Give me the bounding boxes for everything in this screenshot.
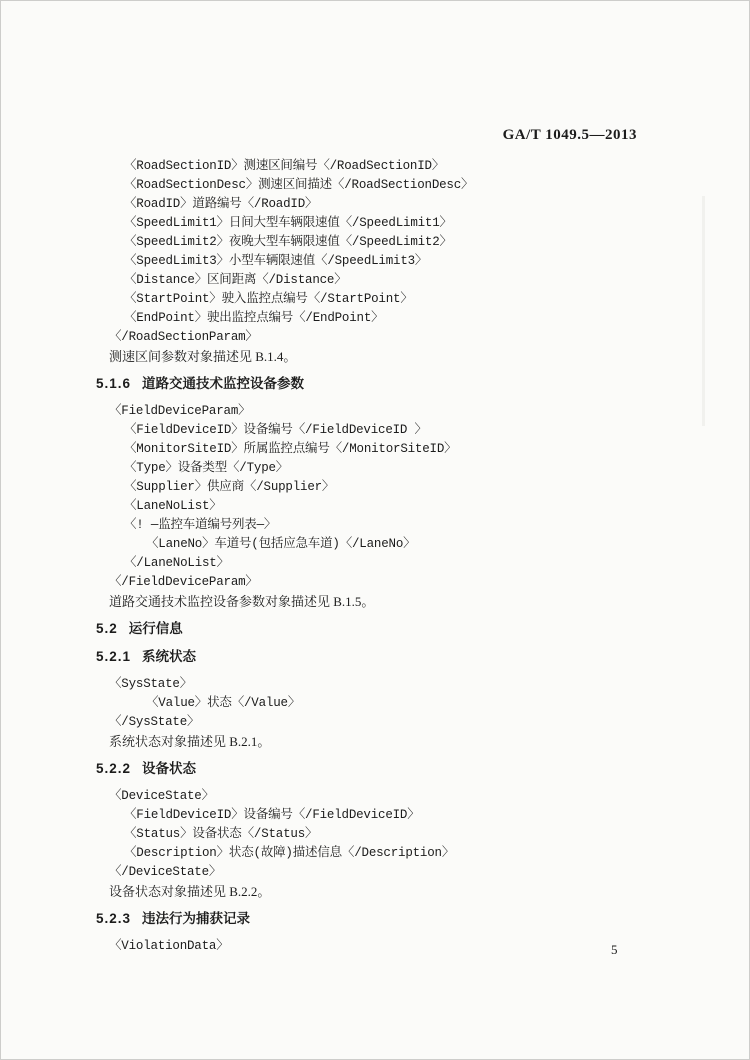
section-title: 运行信息 xyxy=(129,621,183,636)
xml-line: 〈LaneNoList〉 xyxy=(1,497,749,516)
xml-line: 〈/RoadSectionParam〉 xyxy=(1,328,749,347)
xml-line: 〈/FieldDeviceParam〉 xyxy=(1,573,749,592)
paragraph: 道路交通技术监控设备参数对象描述见 B.1.5。 xyxy=(1,592,749,611)
xml-line: 〈/DeviceState〉 xyxy=(1,863,749,882)
section-heading: 5.2运行信息 xyxy=(1,619,749,638)
section-number: 5.2 xyxy=(96,621,118,636)
page-number: 5 xyxy=(611,942,618,958)
paragraph: 系统状态对象描述见 B.2.1。 xyxy=(1,732,749,751)
xml-line: 〈RoadSectionID〉测速区间编号〈/RoadSectionID〉 xyxy=(1,157,749,176)
section-title: 道路交通技术监控设备参数 xyxy=(142,376,304,391)
xml-line: 〈SysState〉 xyxy=(1,675,749,694)
section-number: 5.2.3 xyxy=(96,911,131,926)
section-heading: 5.2.3违法行为捕获记录 xyxy=(1,909,749,928)
xml-line: 〈MonitorSiteID〉所属监控点编号〈/MonitorSiteID〉 xyxy=(1,440,749,459)
xml-line: 〈LaneNo〉车道号(包括应急车道)〈/LaneNo〉 xyxy=(1,535,749,554)
xml-line: 〈/LaneNoList〉 xyxy=(1,554,749,573)
section-number: 5.2.1 xyxy=(96,649,131,664)
document-body: 〈RoadSectionID〉测速区间编号〈/RoadSectionID〉〈Ro… xyxy=(1,157,749,956)
paragraph: 测速区间参数对象描述见 B.1.4。 xyxy=(1,347,749,366)
xml-line: 〈SpeedLimit1〉日间大型车辆限速值〈/SpeedLimit1〉 xyxy=(1,214,749,233)
xml-line: 〈Type〉设备类型〈/Type〉 xyxy=(1,459,749,478)
section-heading: 5.2.2设备状态 xyxy=(1,759,749,778)
xml-line: 〈StartPoint〉驶入监控点编号〈/StartPoint〉 xyxy=(1,290,749,309)
xml-line: 〈Supplier〉供应商〈/Supplier〉 xyxy=(1,478,749,497)
section-title: 系统状态 xyxy=(142,649,196,664)
xml-line: 〈FieldDeviceID〉设备编号〈/FieldDeviceID 〉 xyxy=(1,421,749,440)
section-title: 违法行为捕获记录 xyxy=(142,911,250,926)
paragraph: 设备状态对象描述见 B.2.2。 xyxy=(1,882,749,901)
xml-line: 〈EndPoint〉驶出监控点编号〈/EndPoint〉 xyxy=(1,309,749,328)
xml-line: 〈DeviceState〉 xyxy=(1,787,749,806)
standard-number: GA/T 1049.5—2013 xyxy=(1,127,637,144)
xml-line: 〈! —监控车道编号列表—〉 xyxy=(1,516,749,535)
xml-line: 〈SpeedLimit3〉小型车辆限速值〈/SpeedLimit3〉 xyxy=(1,252,749,271)
section-number: 5.2.2 xyxy=(96,761,131,776)
xml-line: 〈RoadSectionDesc〉测速区间描述〈/RoadSectionDesc… xyxy=(1,176,749,195)
section-number: 5.1.6 xyxy=(96,376,131,391)
xml-line: 〈FieldDeviceID〉设备编号〈/FieldDeviceID〉 xyxy=(1,806,749,825)
document-page: GA/T 1049.5—2013 〈RoadSectionID〉测速区间编号〈/… xyxy=(0,0,750,1060)
section-heading: 5.1.6道路交通技术监控设备参数 xyxy=(1,374,749,393)
xml-line: 〈/SysState〉 xyxy=(1,713,749,732)
section-heading: 5.2.1系统状态 xyxy=(1,647,749,666)
xml-line: 〈Description〉状态(故障)描述信息〈/Description〉 xyxy=(1,844,749,863)
xml-line: 〈Value〉状态〈/Value〉 xyxy=(1,694,749,713)
xml-line: 〈FieldDeviceParam〉 xyxy=(1,402,749,421)
xml-line: 〈ViolationData〉 xyxy=(1,937,749,956)
xml-line: 〈Distance〉区间距离〈/Distance〉 xyxy=(1,271,749,290)
xml-line: 〈RoadID〉道路编号〈/RoadID〉 xyxy=(1,195,749,214)
xml-line: 〈Status〉设备状态〈/Status〉 xyxy=(1,825,749,844)
xml-line: 〈SpeedLimit2〉夜晚大型车辆限速值〈/SpeedLimit2〉 xyxy=(1,233,749,252)
section-title: 设备状态 xyxy=(142,761,196,776)
